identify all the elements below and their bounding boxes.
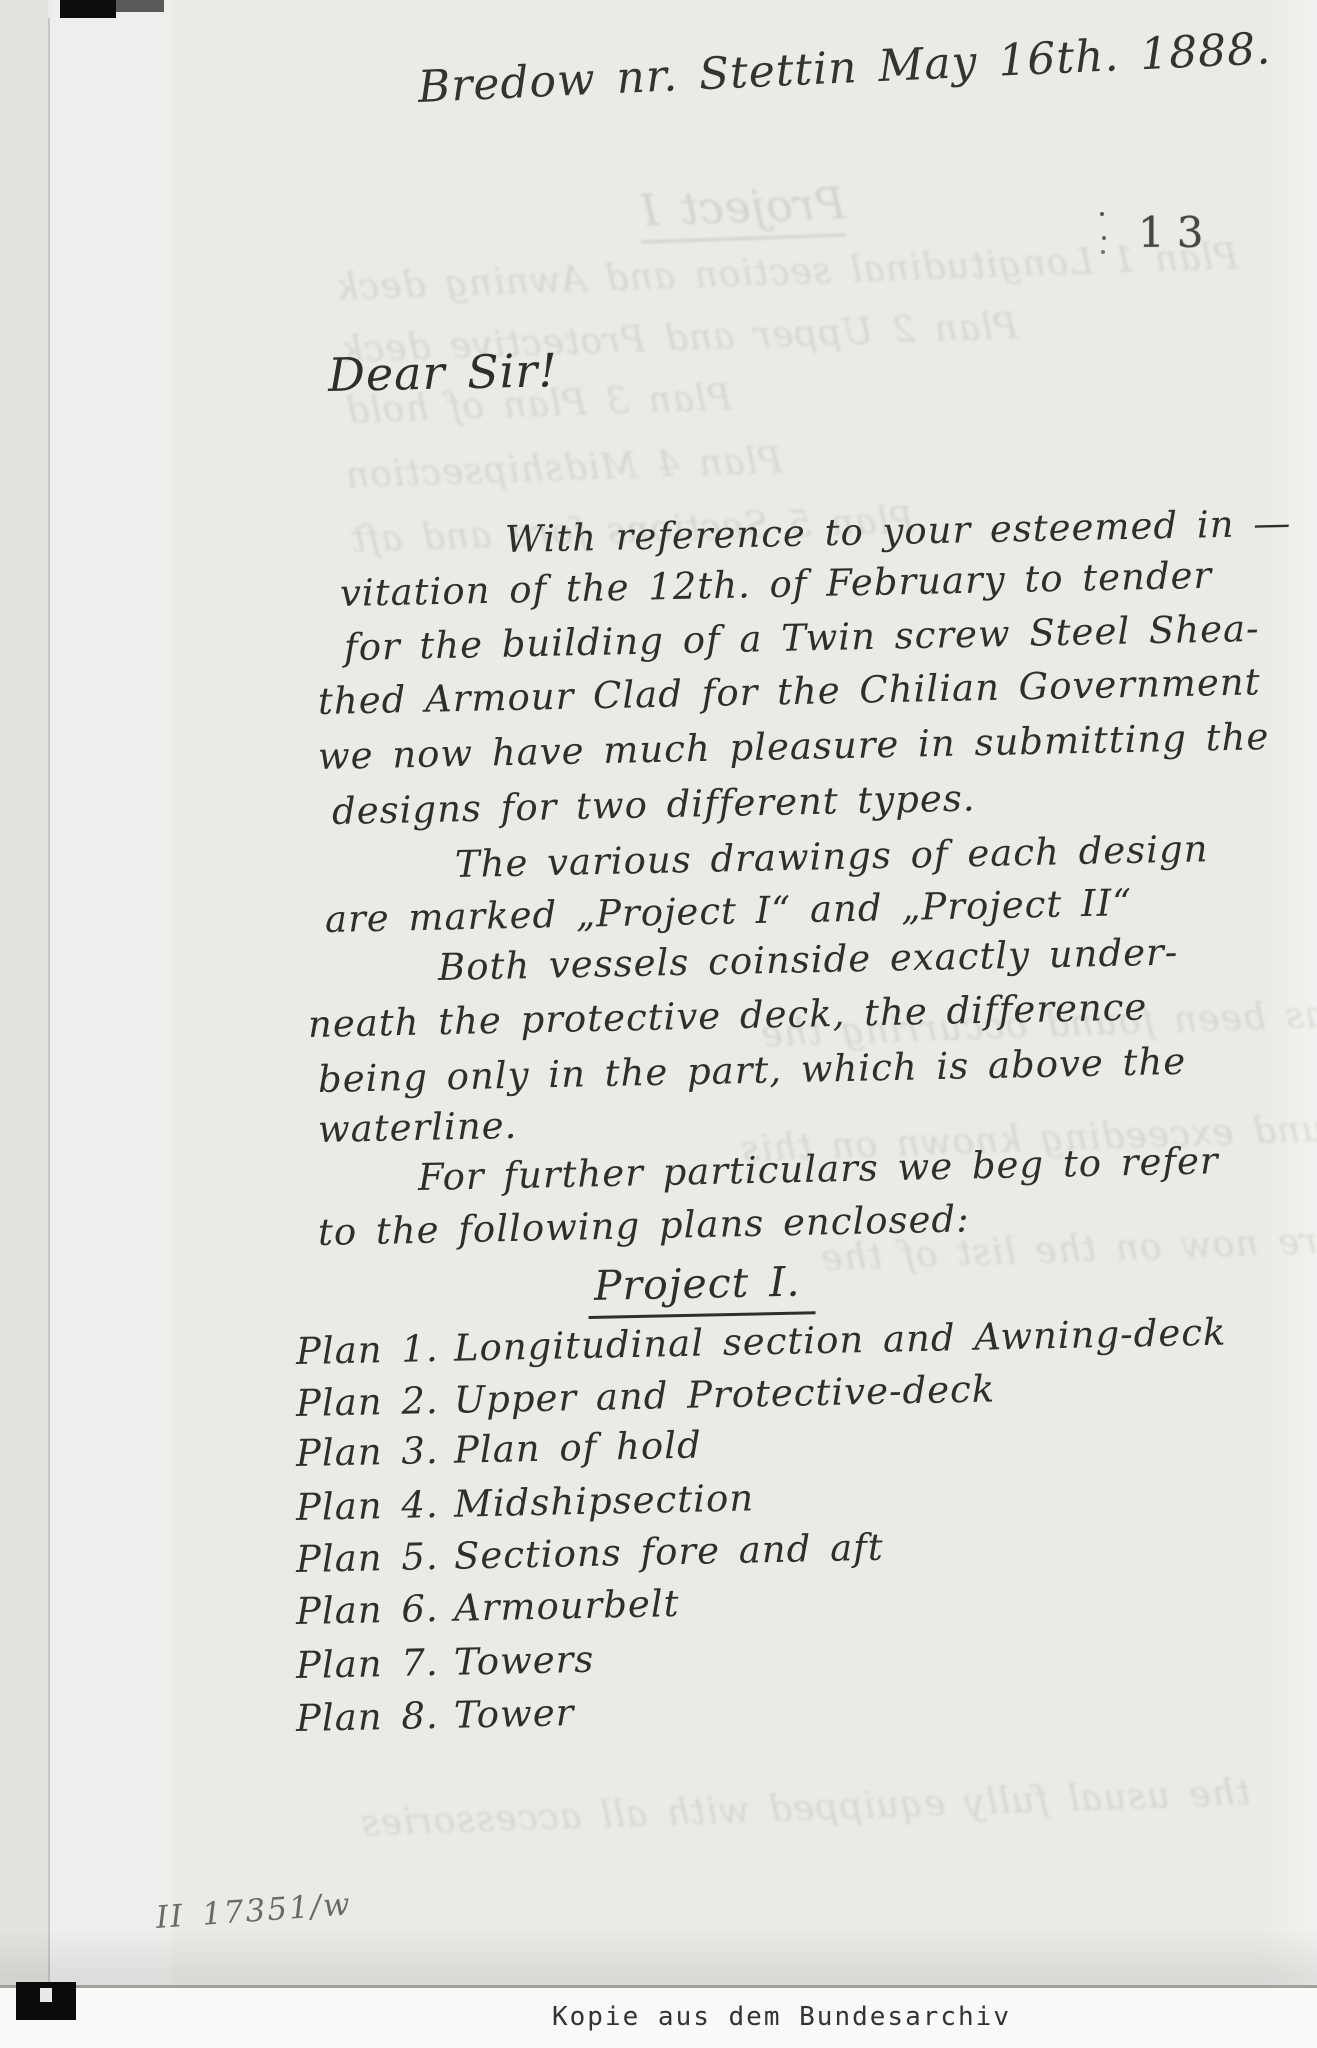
plan-desc: Armourbelt (454, 1582, 680, 1630)
body-line: thed Armour Clad for the Chilian Governm… (318, 660, 1261, 723)
plan-item: Plan 1.Longitudinal section and Awning-d… (296, 1311, 1227, 1373)
body-line: are marked „Project I“ and „Project II“ (325, 881, 1133, 941)
dateline: Bredow nr. Stettin May 16th. 1888. (417, 23, 1272, 113)
plan-label: Plan 8. (296, 1694, 455, 1740)
plan-item: Plan 6.Armourbelt (296, 1582, 680, 1633)
left-margin-shade (0, 0, 48, 1988)
binding-crease-line (48, 18, 50, 1984)
body-line: Both vessels coinside exactly under- (438, 930, 1179, 988)
plan-desc: Tower (454, 1691, 575, 1737)
plan-item: Plan 7.Towers (296, 1638, 595, 1687)
binding-mark-bottom-notch (40, 1988, 52, 2002)
body-line: we now have much pleasure in submitting … (318, 715, 1270, 778)
plan-label: Plan 5. (296, 1535, 455, 1581)
plan-desc: Midshipsection (454, 1476, 755, 1525)
plan-desc: Longitudinal section and Awning-deck (454, 1311, 1227, 1370)
plan-label: Plan 3. (296, 1429, 455, 1475)
archive-copy-caption: Kopie aus dem Bundesarchiv (552, 2002, 1011, 2032)
plan-label: Plan 7. (296, 1641, 455, 1687)
right-light-band (1257, 0, 1317, 1988)
plan-desc: Sections fore and aft (454, 1526, 885, 1578)
plan-item: Plan 2.Upper and Protective-deck (296, 1367, 996, 1425)
plan-label: Plan 4. (296, 1483, 455, 1529)
plan-item: Plan 3.Plan of hold (296, 1424, 703, 1475)
binding-mark-top (60, 0, 116, 18)
page-number-stamp: 13 (1138, 208, 1215, 257)
body-line: for the building of a Twin screw Steel S… (344, 607, 1260, 669)
body-line: designs for two different types. (332, 777, 976, 833)
plan-label: Plan 2. (296, 1379, 455, 1425)
salutation: Dear Sir! (327, 343, 558, 402)
page-bottom-edge (0, 1928, 1317, 1988)
body-line: vitation of the 12th. of February to ten… (340, 554, 1213, 615)
body-line: For further particulars we beg to refer (418, 1139, 1219, 1199)
plan-item: Plan 8.Tower (296, 1691, 575, 1740)
plan-item: Plan 5.Sections fore and aft (296, 1526, 885, 1581)
binding-mark-top-shadow (116, 0, 164, 12)
bleedthrough-heading: Project I (639, 178, 846, 243)
plan-label: Plan 6. (296, 1587, 455, 1633)
plan-label: Plan 1. (296, 1327, 455, 1373)
body-line: The various drawings of each design (455, 827, 1209, 886)
scanned-letter-page: Project I Plan 1 Longitudinal section an… (0, 0, 1317, 2048)
bleedthrough-line: the usual fully equipped with all access… (360, 1772, 1251, 1844)
bleedthrough-line: Plan 1 Longitudinal section and Awning d… (335, 236, 1239, 309)
bleedthrough-line: Plan 4 Midshipsection (344, 440, 783, 496)
body-line: being only in the part, which is above t… (318, 1040, 1187, 1101)
plan-item: Plan 4.Midshipsection (296, 1476, 755, 1529)
plan-desc: Upper and Protective-deck (454, 1367, 996, 1421)
plan-desc: Towers (454, 1638, 595, 1684)
left-light-band (52, 0, 172, 1988)
ink-specks (1100, 212, 1104, 216)
project-heading: Project I. (587, 1257, 815, 1319)
plan-desc: Plan of hold (454, 1424, 703, 1472)
body-line: waterline. (318, 1104, 518, 1151)
